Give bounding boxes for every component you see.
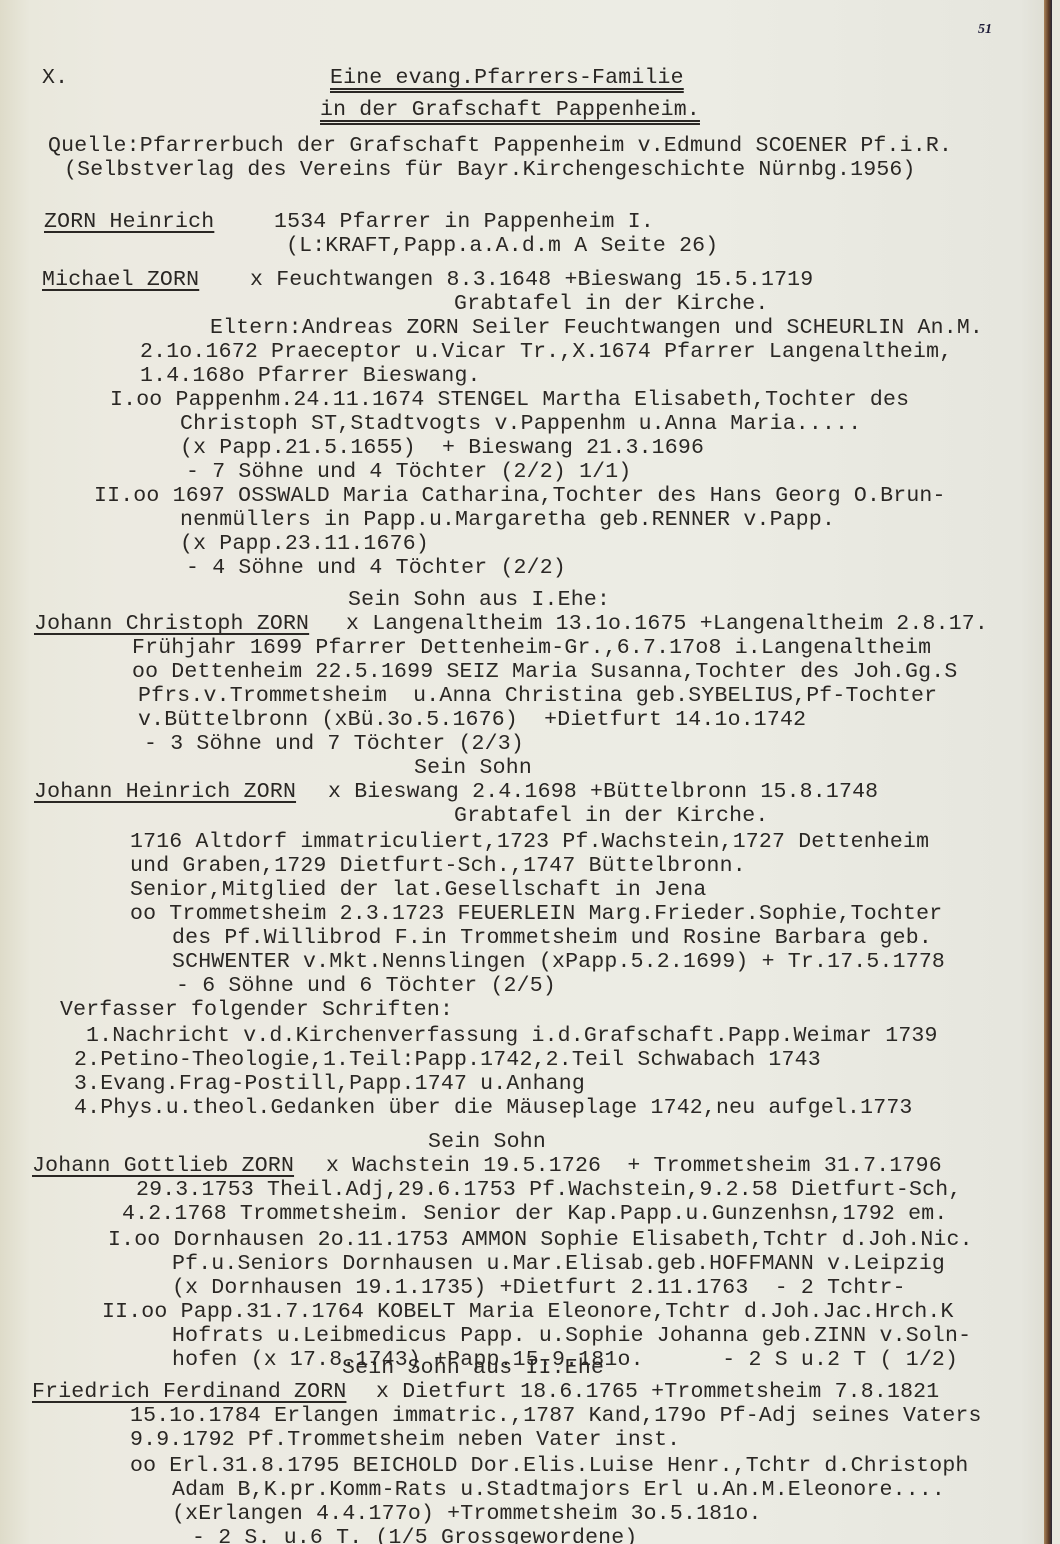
entry-line: (x Papp.21.5.1655) + Bieswang 21.3.1696 bbox=[180, 436, 704, 460]
title-line-2: in der Grafschaft Pappenheim. bbox=[320, 98, 700, 122]
source-line-1: Quelle:Pfarrerbuch der Grafschaft Pappen… bbox=[48, 134, 952, 158]
entry-line: Grabtafel in der Kirche. bbox=[454, 804, 768, 828]
entry-name: Michael ZORN bbox=[42, 268, 199, 292]
entry-line: (L:KRAFT,Papp.a.A.d.m A Seite 26) bbox=[286, 234, 718, 258]
entry-line: 4.2.1768 Trommetsheim. Senior der Kap.Pa… bbox=[122, 1202, 947, 1226]
entry-line: Eltern:Andreas ZORN Seiler Feuchtwangen … bbox=[210, 316, 983, 340]
entry-name: Friedrich Ferdinand ZORN bbox=[32, 1380, 346, 1404]
entry-name: ZORN Heinrich bbox=[44, 210, 214, 234]
entry-line: - 4 Söhne und 4 Töchter (2/2) bbox=[186, 556, 566, 580]
page-number: 51 bbox=[978, 22, 992, 38]
entry-line: Pf.u.Seniors Dornhausen u.Mar.Elisab.geb… bbox=[172, 1252, 945, 1276]
entry-caption: Sein Sohn aus I.Ehe: bbox=[348, 588, 610, 612]
entry-line: II.oo Papp.31.7.1764 KOBELT Maria Eleono… bbox=[102, 1300, 954, 1324]
entry-line: 1716 Altdorf immatriculiert,1723 Pf.Wach… bbox=[130, 830, 929, 854]
entry-line: v.Büttelbronn (xBü.3o.5.1676) +Dietfurt … bbox=[138, 708, 806, 732]
entry-line: 15.1o.1784 Erlangen immatric.,1787 Kand,… bbox=[130, 1404, 982, 1428]
entry-line: - 2 S. u.6 T. (1/5 Grossgewordene) bbox=[192, 1526, 637, 1544]
entry-line: x Langenaltheim 13.1o.1675 +Langenalthei… bbox=[346, 612, 988, 636]
entry-line: 2.1o.1672 Praeceptor u.Vicar Tr.,X.1674 … bbox=[140, 340, 952, 364]
entry-line: oo Trommetsheim 2.3.1723 FEUERLEIN Marg.… bbox=[130, 902, 942, 926]
entry-line: Christoph ST,Stadtvogts v.Pappenhm u.Ann… bbox=[180, 412, 861, 436]
entry-line: nenmüllers in Papp.u.Margaretha geb.RENN… bbox=[180, 508, 835, 532]
entry-line: Senior,Mitglied der lat.Gesellschaft in … bbox=[130, 878, 707, 902]
entry-caption: Sein Sohn aus II.Ehe bbox=[342, 1356, 604, 1380]
entry-caption: Sein Sohn bbox=[428, 1130, 546, 1154]
entry-name: Johann Gottlieb ZORN bbox=[32, 1154, 294, 1178]
entry-line: 29.3.1753 Theil.Adj,29.6.1753 Pf.Wachste… bbox=[136, 1178, 961, 1202]
writing-item: 3.Evang.Frag-Postill,Papp.1747 u.Anhang bbox=[74, 1072, 585, 1096]
entry-name: Johann Christoph ZORN bbox=[34, 612, 309, 636]
entry-line: und Graben,1729 Dietfurt-Sch.,1747 Bütte… bbox=[130, 854, 746, 878]
entry-line: Pfrs.v.Trommetsheim u.Anna Christina geb… bbox=[138, 684, 937, 708]
entry-line: des Pf.Willibrod F.in Trommetsheim und R… bbox=[172, 926, 932, 950]
entry-line: Hofrats u.Leibmedicus Papp. u.Sophie Joh… bbox=[172, 1324, 971, 1348]
entry-line: x Dietfurt 18.6.1765 +Trommetsheim 7.8.1… bbox=[376, 1380, 939, 1404]
entry-line: 1534 Pfarrer in Pappenheim I. bbox=[274, 210, 654, 234]
writing-item: 4.Phys.u.theol.Gedanken über die Mäusepl… bbox=[74, 1096, 913, 1120]
entry-line: (xErlangen 4.4.177o) +Trommetsheim 3o.5.… bbox=[172, 1502, 762, 1526]
entry-line: 1.4.168o Pfarrer Bieswang. bbox=[140, 364, 481, 388]
source-line-2: (Selbstverlag des Vereins für Bayr.Kirch… bbox=[64, 158, 916, 182]
entry-name: Johann Heinrich ZORN bbox=[34, 780, 296, 804]
book-edge bbox=[1044, 0, 1052, 1544]
entry-line: Adam B,K.pr.Komm-Rats u.Stadtmajors Erl … bbox=[172, 1478, 945, 1502]
entry-line: (x Dornhausen 19.1.1735) +Dietfurt 2.11.… bbox=[172, 1276, 906, 1300]
entry-line: x Feuchtwangen 8.3.1648 +Bieswang 15.5.1… bbox=[250, 268, 813, 292]
title-line-1: Eine evang.Pfarrers-Familie bbox=[330, 66, 684, 90]
entry-line: - 6 Söhne und 6 Töchter (2/5) bbox=[176, 974, 556, 998]
entry-line: Frühjahr 1699 Pfarrer Dettenheim-Gr.,6.7… bbox=[132, 636, 931, 660]
entry-line: (x Papp.23.11.1676) bbox=[180, 532, 429, 556]
writing-item: 1.Nachricht v.d.Kirchenverfassung i.d.Gr… bbox=[86, 1024, 938, 1048]
entry-line: SCHWENTER v.Mkt.Nennslingen (xPapp.5.2.1… bbox=[172, 950, 945, 974]
entry-line: II.oo 1697 OSSWALD Maria Catharina,Tocht… bbox=[94, 484, 946, 508]
entry-line: oo Dettenheim 22.5.1699 SEIZ Maria Susan… bbox=[132, 660, 957, 684]
entry-line: x Wachstein 19.5.1726 + Trommetsheim 31.… bbox=[326, 1154, 942, 1178]
entry-line: oo Erl.31.8.1795 BEICHOLD Dor.Elis.Luise… bbox=[130, 1454, 969, 1478]
entry-line: 9.9.1792 Pf.Trommetsheim neben Vater ins… bbox=[130, 1428, 680, 1452]
entry-line: - 7 Söhne und 4 Töchter (2/2) 1/1) bbox=[186, 460, 631, 484]
entry-line: I.oo Dornhausen 2o.11.1753 AMMON Sophie … bbox=[108, 1228, 973, 1252]
entry-line: x Bieswang 2.4.1698 +Büttelbronn 15.8.17… bbox=[328, 780, 878, 804]
typewritten-page: 51 X. Eine evang.Pfarrers-Familie in der… bbox=[0, 0, 1052, 1544]
entry-line: - 3 Söhne und 7 Töchter (2/3) bbox=[144, 732, 524, 756]
entry-line: I.oo Pappenhm.24.11.1674 STENGEL Martha … bbox=[110, 388, 909, 412]
writings-heading: Verfasser folgender Schriften: bbox=[60, 998, 453, 1022]
entry-line: Grabtafel in der Kirche. bbox=[454, 292, 768, 316]
section-number: X. bbox=[42, 66, 68, 90]
writing-item: 2.Petino-Theologie,1.Teil:Papp.1742,2.Te… bbox=[74, 1048, 821, 1072]
entry-caption: Sein Sohn bbox=[414, 756, 532, 780]
